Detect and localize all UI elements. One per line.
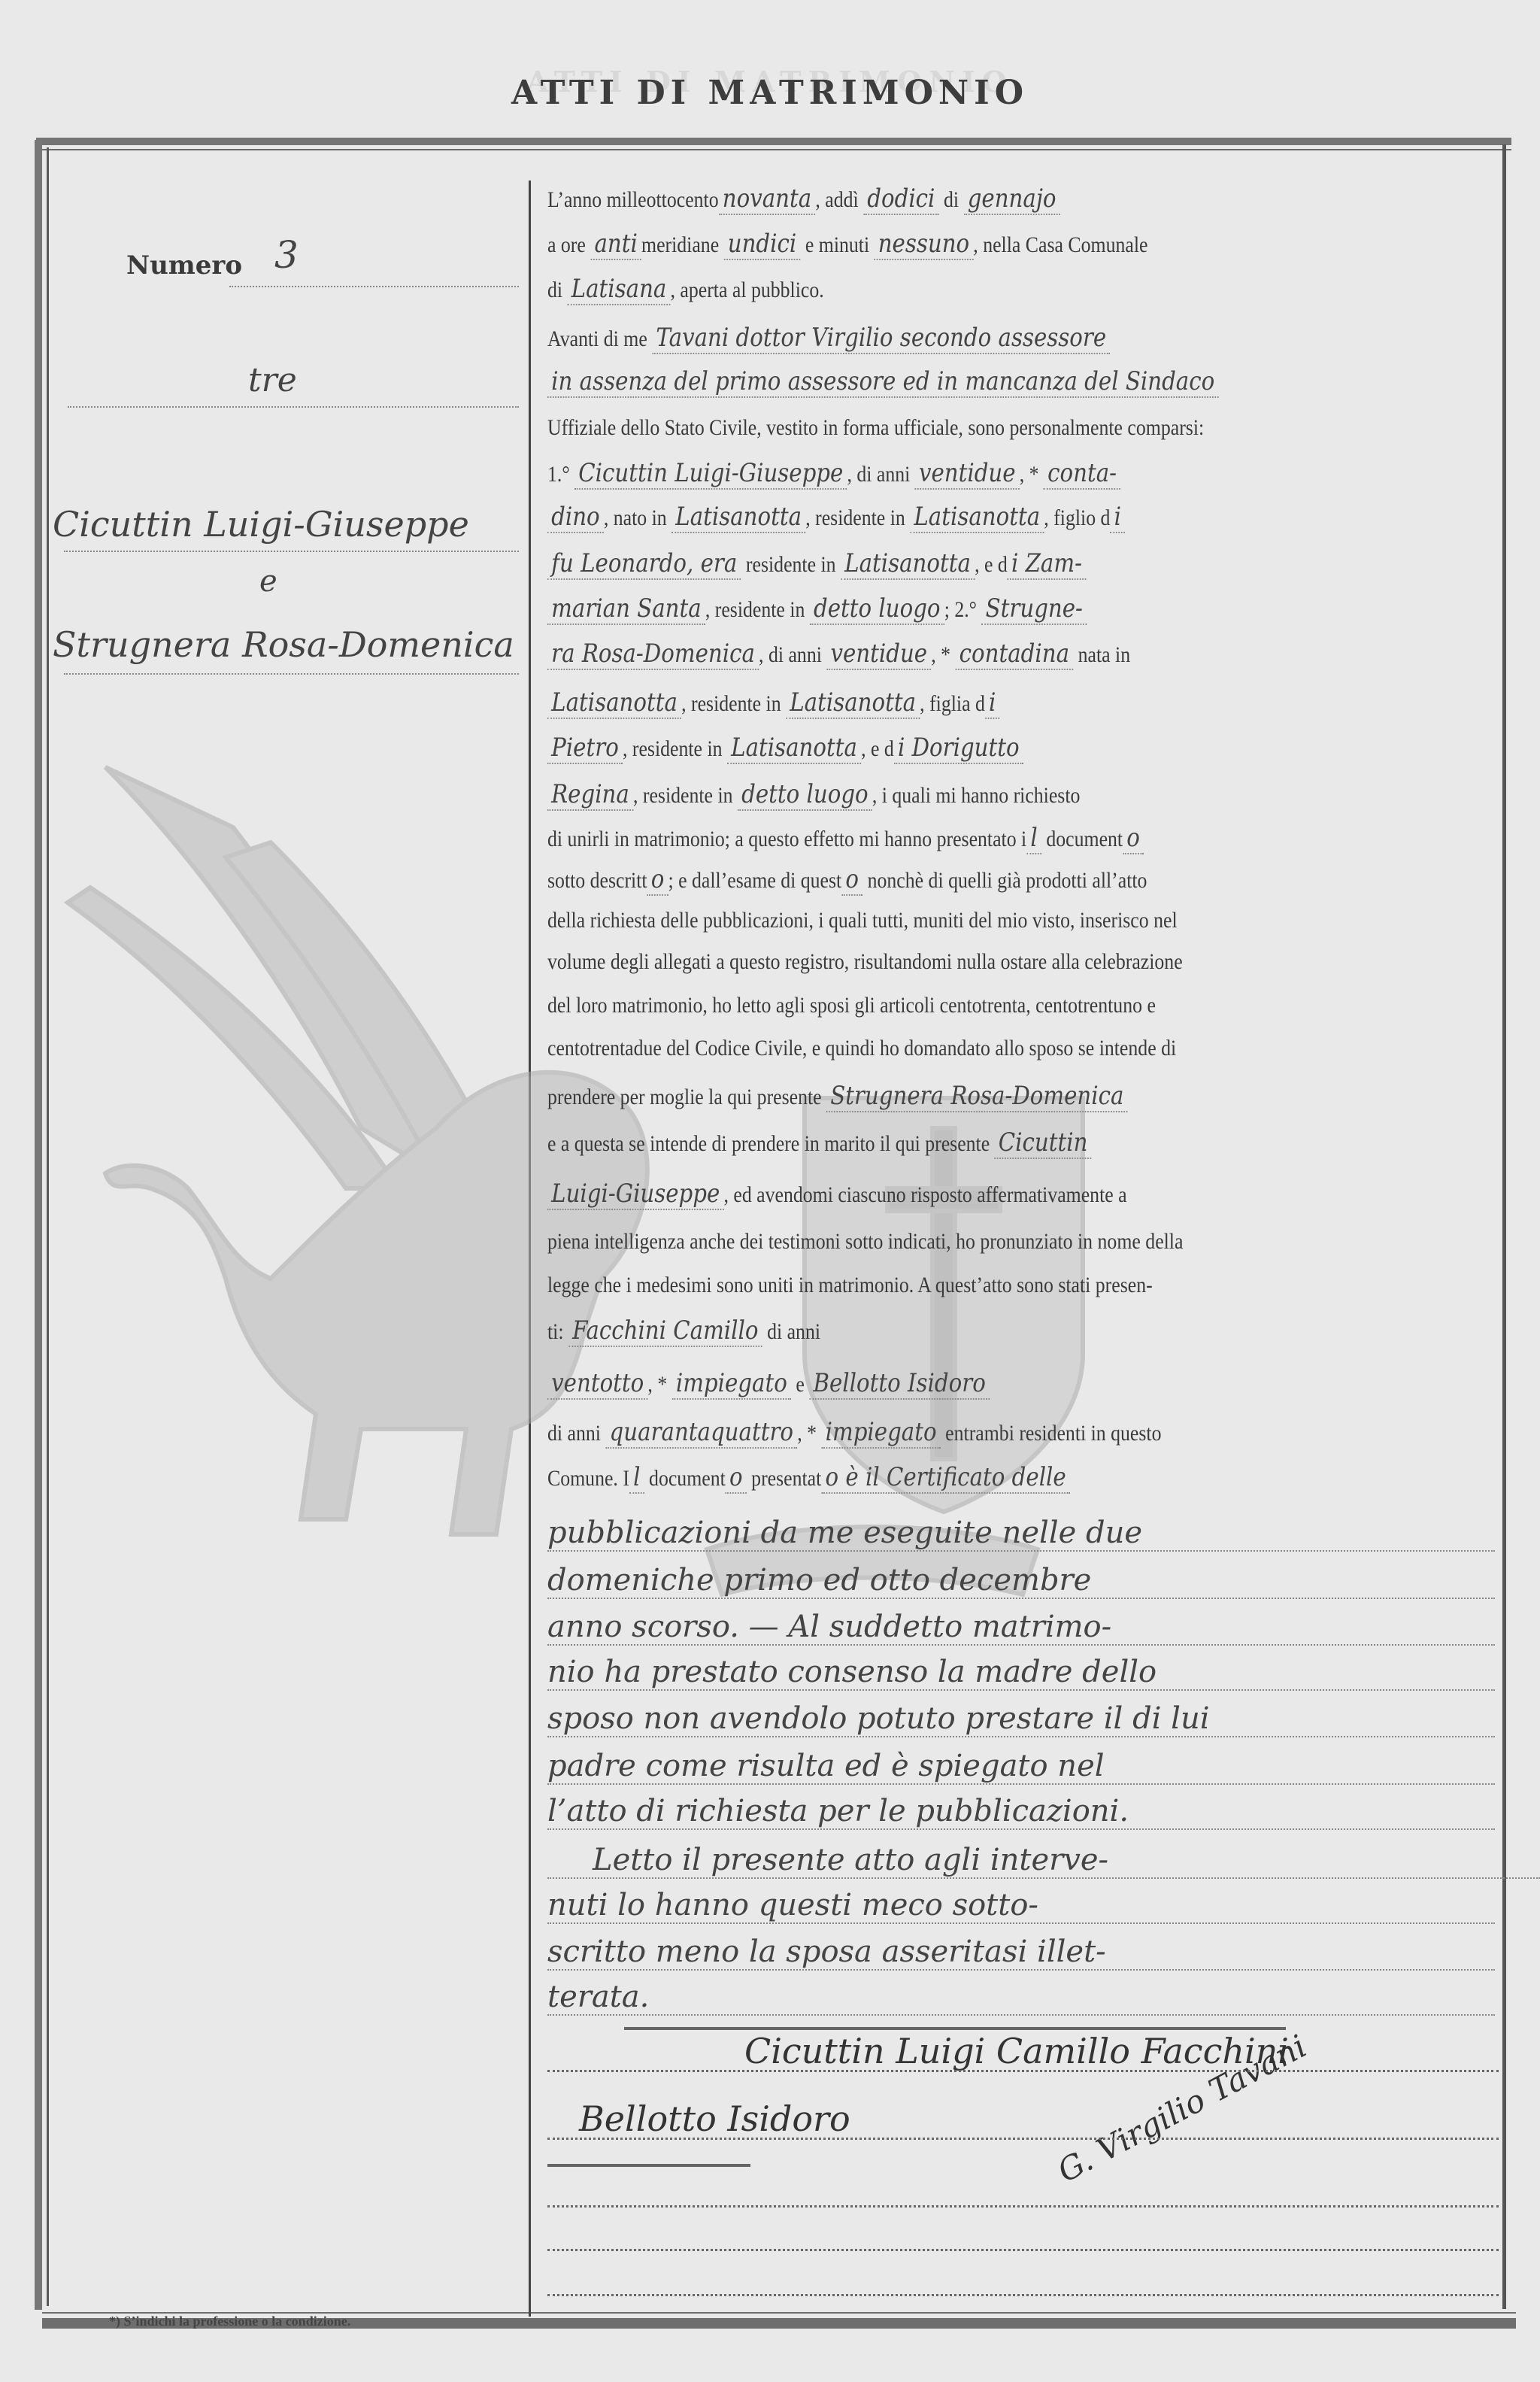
spouse-2-dotted-line xyxy=(64,673,519,675)
act-line: Comune. Il documento presentato è il Cer… xyxy=(547,1463,1363,1493)
printed-text: di xyxy=(939,187,964,212)
printed-text: prendere per moglie la qui presente xyxy=(547,1085,826,1109)
handwritten-field: detto luogo xyxy=(810,593,944,625)
handwritten-field: o xyxy=(647,864,668,896)
numero-label: Numero xyxy=(126,250,242,281)
handwritten-field: nessuno xyxy=(875,229,974,260)
printed-text: di unirli in matrimonio; a questo effett… xyxy=(547,827,1026,851)
handwritten-field: l xyxy=(629,1462,644,1494)
handwritten-line: nuti lo hanno questi meco sotto- xyxy=(547,1888,1495,1924)
handwritten-line: l’atto di richiesta per le pubblicazioni… xyxy=(547,1794,1495,1830)
handwritten-field: Latisanotta xyxy=(727,733,861,764)
handwritten-field: l xyxy=(1026,823,1041,854)
act-line: Uffiziale dello Stato Civile, vestito in… xyxy=(547,414,1363,442)
printed-text: centotrentadue del Codice Civile, e quin… xyxy=(547,1036,1176,1061)
printed-text: presentat xyxy=(747,1466,822,1491)
handwritten-field: Facchini Camillo xyxy=(568,1315,762,1347)
handwritten-field: anti xyxy=(590,229,641,260)
signature-dotted-line xyxy=(547,2138,1499,2140)
printed-text: nonchè di quelli già prodotti all’atto xyxy=(862,868,1147,893)
closing-rule xyxy=(547,2164,750,2167)
act-line: del loro matrimonio, ho letto agli sposi… xyxy=(547,991,1363,1020)
handwritten-field: Latisanotta xyxy=(841,548,975,580)
handwritten-field: i Dorigutto xyxy=(894,733,1023,764)
printed-text: , * xyxy=(647,1372,671,1397)
handwritten-field: Tavani dottor Virgilio secondo assessore xyxy=(652,323,1110,354)
conjunction: e xyxy=(259,564,277,599)
printed-text: , residente in xyxy=(633,783,738,808)
printed-text: , di anni xyxy=(847,462,915,487)
act-line: 1.° Cicuttin Luigi-Giuseppe, di anni ven… xyxy=(547,459,1363,489)
printed-text: Comune. I xyxy=(547,1466,629,1491)
handwritten-line: Letto il presente atto agli interve- xyxy=(547,1843,1540,1879)
handwritten-field: detto luogo xyxy=(738,779,872,811)
numero-dotted-line xyxy=(229,286,519,287)
act-line: sotto descritto; e dall’esame di questo … xyxy=(547,865,1363,895)
handwritten-field: in assenza del primo assessore ed in man… xyxy=(547,366,1218,398)
printed-text: ; e dall’esame di quest xyxy=(668,868,842,893)
printed-text: della richiesta delle pubblicazioni, i q… xyxy=(547,908,1178,933)
handwritten-field: dino xyxy=(547,502,604,533)
handwritten-field: o è il Certificato delle xyxy=(821,1462,1070,1494)
act-line: Luigi-Giuseppe, ed avendomi ciascuno ris… xyxy=(547,1179,1363,1209)
printed-text: document xyxy=(644,1466,726,1491)
printed-text: , nella Casa Comunale xyxy=(973,232,1147,257)
handwritten-field: o xyxy=(726,1462,747,1494)
handwritten-field: fu Leonardo, era xyxy=(547,548,741,580)
handwritten-field: ventidue xyxy=(915,458,1020,490)
printed-text: e minuti xyxy=(800,232,874,257)
handwritten-field: Strugne- xyxy=(981,593,1087,625)
act-line: di anni quarantaquattro, * impiegato ent… xyxy=(547,1418,1363,1448)
handwritten-field: Latisanotta xyxy=(547,687,681,719)
printed-text: di xyxy=(547,278,568,302)
handwritten-field: Strugnera Rosa-Domenica xyxy=(826,1081,1127,1112)
handwritten-line: terata. xyxy=(547,1980,1495,2016)
spouse-1-dotted-line xyxy=(64,551,519,552)
printed-text: di anni xyxy=(762,1319,820,1344)
printed-text: e xyxy=(791,1372,809,1397)
handwritten-field: ventotto xyxy=(547,1368,647,1400)
handwritten-field: gennajo xyxy=(964,184,1060,215)
numero-value: 3 xyxy=(274,233,299,277)
handwritten-field: ra Rosa-Domenica xyxy=(547,639,759,670)
handwritten-line: pubblicazioni da me eseguite nelle due xyxy=(547,1516,1495,1552)
printed-text: , figlia d xyxy=(920,691,985,716)
printed-text: , e d xyxy=(861,736,894,761)
printed-text: e a questa se intende di prendere in mar… xyxy=(547,1131,995,1156)
act-line: L’anno milleottocentonovanta, addì dodic… xyxy=(547,184,1363,214)
printed-text: , aperta al pubblico. xyxy=(671,278,824,302)
handwritten-field: Latisanotta xyxy=(671,502,805,533)
handwritten-field: dodici xyxy=(863,184,938,215)
printed-text: , addì xyxy=(815,187,863,212)
printed-text: Uffiziale dello Stato Civile, vestito in… xyxy=(547,415,1204,440)
act-line: prendere per moglie la qui presente Stru… xyxy=(547,1082,1363,1112)
spouse-2-name: Strugnera Rosa-Domenica xyxy=(53,624,514,665)
handwritten-field: impiegato xyxy=(821,1417,940,1449)
act-line: della richiesta delle pubblicazioni, i q… xyxy=(547,906,1363,935)
handwritten-field: ventidue xyxy=(826,639,931,670)
printed-text: , * xyxy=(1020,462,1044,487)
printed-text: , ed avendomi ciascuno risposto affermat… xyxy=(723,1182,1126,1207)
handwritten-field: i xyxy=(985,687,1000,719)
act-line: Avanti di me Tavani dottor Virgilio seco… xyxy=(547,323,1363,354)
act-line: ra Rosa-Domenica, di anni ventidue, * co… xyxy=(547,639,1363,669)
numero-words-dotted-line xyxy=(68,406,519,408)
act-line: ti: Facchini Camillo di anni xyxy=(547,1316,1363,1346)
printed-text: , di anni xyxy=(759,642,826,667)
printed-text: a ore xyxy=(547,232,590,257)
handwritten-line: padre come risulta ed è spiegato nel xyxy=(547,1749,1495,1785)
printed-text: entrambi residenti in questo xyxy=(941,1421,1162,1446)
handwritten-field: undici xyxy=(724,229,801,260)
printed-text: ti: xyxy=(547,1319,568,1344)
handwritten-field: o xyxy=(1123,823,1144,854)
footnote: *) S’indichi la professione o la condizi… xyxy=(109,2314,350,2329)
handwritten-field: impiegato xyxy=(672,1368,791,1400)
printed-text: , * xyxy=(931,642,955,667)
signature-spouse-and-witness: Cicuttin Luigi Camillo Facchini xyxy=(744,2031,1289,2071)
act-line: e a questa se intende di prendere in mar… xyxy=(547,1128,1363,1158)
handwritten-field: conta- xyxy=(1044,458,1120,490)
closing-rule xyxy=(624,2027,1286,2030)
handwritten-field: Latisana xyxy=(568,274,671,305)
signature-witness-bellotto: Bellotto Isidoro xyxy=(579,2098,850,2139)
printed-text: legge che i medesimi sono uniti in matri… xyxy=(547,1273,1153,1297)
frame-top-border xyxy=(36,138,1511,145)
act-line: in assenza del primo assessore ed in man… xyxy=(547,367,1363,397)
printed-text: , residente in xyxy=(805,505,910,530)
act-line: Regina, residente in detto luogo, i qual… xyxy=(547,780,1363,810)
page-title: ATTI DI MATRIMONIO xyxy=(0,74,1540,112)
act-line: centotrentadue del Codice Civile, e quin… xyxy=(547,1034,1363,1063)
spouse-1-name: Cicuttin Luigi-Giuseppe xyxy=(53,504,469,545)
handwritten-field: i Zam- xyxy=(1008,548,1086,580)
handwritten-line: sposo non avendolo potuto prestare il di… xyxy=(547,1701,1495,1737)
printed-text: ; 2.° xyxy=(944,597,982,622)
printed-text: , * xyxy=(797,1421,821,1446)
printed-text: meridiane xyxy=(641,232,724,257)
handwritten-field: i xyxy=(1110,502,1125,533)
printed-text: , residente in xyxy=(705,597,810,622)
act-line: piena intelligenza anche dei testimoni s… xyxy=(547,1227,1363,1256)
printed-text: , e d xyxy=(975,552,1008,577)
handwritten-field: Regina xyxy=(547,779,633,811)
handwritten-line: anno scorso. — Al suddetto matrimo- xyxy=(547,1610,1495,1646)
act-line: fu Leonardo, era residente in Latisanott… xyxy=(547,549,1363,579)
handwritten-field: Luigi-Giuseppe xyxy=(547,1179,723,1210)
handwritten-field: Pietro xyxy=(547,733,623,764)
handwritten-field: Latisanotta xyxy=(910,502,1044,533)
act-line: Latisanotta, residente in Latisanotta, f… xyxy=(547,688,1363,718)
printed-text: del loro matrimonio, ho letto agli sposi… xyxy=(547,993,1156,1018)
printed-text: , figlio d xyxy=(1044,505,1110,530)
act-line: ventotto, * impiegato e Bellotto Isidoro xyxy=(547,1369,1363,1399)
printed-text: piena intelligenza anche dei testimoni s… xyxy=(547,1229,1183,1254)
frame-right-border xyxy=(1502,144,1506,2309)
printed-text: , residente in xyxy=(681,691,786,716)
frame-left-rule xyxy=(47,147,49,2306)
printed-text: L’anno milleottocento xyxy=(547,187,719,212)
printed-text: residente in xyxy=(741,552,841,577)
handwritten-line: domeniche primo ed otto decembre xyxy=(547,1563,1495,1599)
handwritten-field: Cicuttin Luigi-Giuseppe xyxy=(574,458,847,490)
printed-text: nata in xyxy=(1073,642,1130,667)
printed-text: Avanti di me xyxy=(547,326,652,351)
signature-dotted-line xyxy=(547,2070,1499,2072)
printed-text: volume degli allegati a questo registro,… xyxy=(547,949,1183,974)
handwritten-field: o xyxy=(841,864,862,896)
act-line: di Latisana, aperta al pubblico. xyxy=(547,275,1363,305)
handwritten-field: quarantaquattro xyxy=(605,1417,797,1449)
column-divider xyxy=(529,181,531,2317)
act-line: marian Santa, residente in detto luogo; … xyxy=(547,594,1363,624)
act-line: Pietro, residente in Latisanotta, e di D… xyxy=(547,733,1363,763)
frame-left-border xyxy=(35,140,42,2310)
signature-dotted-line xyxy=(547,2205,1499,2208)
printed-text: document xyxy=(1041,827,1123,851)
signature-dotted-line xyxy=(547,2294,1499,2296)
printed-text: , residente in xyxy=(623,736,727,761)
act-line: legge che i medesimi sono uniti in matri… xyxy=(547,1271,1363,1300)
handwritten-field: contadina xyxy=(956,639,1074,670)
handwritten-field: Bellotto Isidoro xyxy=(809,1368,990,1400)
numero-in-words: tre xyxy=(248,361,297,399)
act-line: volume degli allegati a questo registro,… xyxy=(547,948,1363,976)
act-line: dino, nato in Latisanotta, residente in … xyxy=(547,502,1363,533)
printed-text: , nato in xyxy=(604,505,671,530)
printed-text: sotto descritt xyxy=(547,868,647,893)
handwritten-field: Latisanotta xyxy=(786,687,920,719)
printed-text: di anni xyxy=(547,1421,605,1446)
signature-dotted-line xyxy=(547,2249,1499,2251)
frame-top-rule xyxy=(39,149,1511,150)
printed-text: 1.° xyxy=(547,462,574,487)
handwritten-line: nio ha prestato consenso la madre dello xyxy=(547,1655,1495,1691)
handwritten-line: scritto meno la sposa asseritasi illet- xyxy=(547,1934,1495,1971)
act-line: a ore antimeridiane undici e minuti ness… xyxy=(547,229,1363,259)
act-line: di unirli in matrimonio; a questo effett… xyxy=(547,824,1363,854)
printed-text: , i quali mi hanno richiesto xyxy=(872,783,1081,808)
handwritten-field: novanta xyxy=(719,184,816,215)
handwritten-field: Cicuttin xyxy=(995,1127,1092,1159)
handwritten-field: marian Santa xyxy=(547,593,705,625)
